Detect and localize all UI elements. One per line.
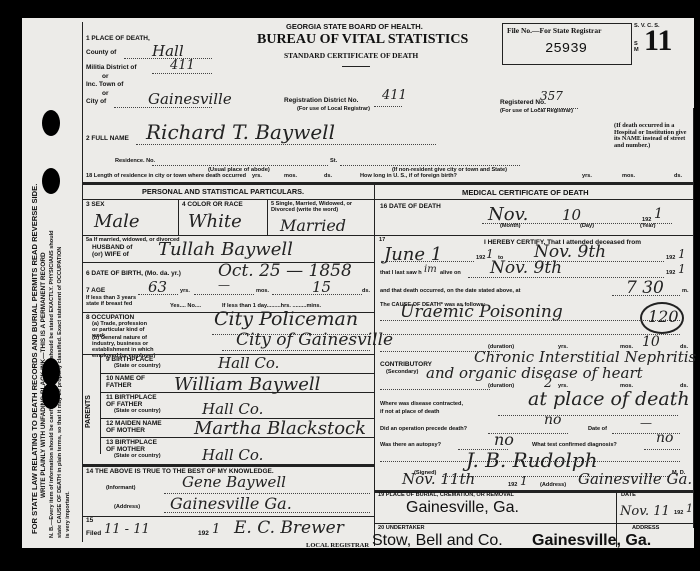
item-17-label: 17 <box>379 238 385 244</box>
autopsy-value: no <box>494 430 514 449</box>
dod-month: Nov. <box>488 204 528 225</box>
dod-day: 10 <box>562 206 581 224</box>
svcs-side: S M <box>634 42 639 54</box>
spouse-value: Tullah Baywell <box>158 239 293 260</box>
dob-label: 6 DATE OF BIRTH, (Mo. da. yr.) <box>86 271 181 278</box>
ds-label: ds. <box>362 289 370 295</box>
militia-label: Militia District of <box>86 65 137 72</box>
county-label: County of <box>86 50 116 57</box>
physician-address-label: (Address) <box>540 483 566 489</box>
divider <box>82 464 374 467</box>
attended-from-line <box>382 261 474 262</box>
informant-address-value: Gainesville Ga. <box>170 494 292 513</box>
reg-district-label: Registration District No. <box>284 98 358 105</box>
local-registrar-label: LOCAL REGISTRAR <box>306 542 369 549</box>
burial-place: Gainesville, Ga. <box>406 499 519 517</box>
date-of-value: — <box>640 416 652 430</box>
mother-label: 12 MAIDEN NAME OF MOTHER <box>106 421 166 435</box>
divider <box>82 199 374 200</box>
mother-value: Martha Blackstock <box>194 418 366 439</box>
divider <box>82 516 374 517</box>
day-label: (Day) <box>580 224 594 230</box>
parents-label: PARENTS <box>85 395 92 428</box>
contracted-value: at place of death <box>528 388 690 410</box>
signed-year-label: 192 <box>508 483 517 489</box>
physician-signature: J. B. Rudolph <box>466 448 597 472</box>
bureau-title: BUREAU OF VITAL STATISTICS <box>257 32 468 48</box>
occupation-b-line <box>222 350 370 351</box>
board-title: GEORGIA STATE BOARD OF HEALTH. <box>286 23 423 31</box>
yrs-label: yrs. <box>252 174 262 180</box>
last-saw-pronoun: im <box>424 264 437 275</box>
m-label: m. <box>682 289 689 295</box>
year-label: (Year) <box>640 224 656 230</box>
informant-address-label: (Address) <box>114 505 140 511</box>
age-years: 63 <box>148 278 167 296</box>
yrs-label: yrs. <box>180 289 190 295</box>
mos-label: mos. <box>622 174 635 180</box>
divider <box>82 235 374 236</box>
divider <box>374 199 694 200</box>
punch-hole <box>42 168 60 194</box>
father-birthplace-sub: (State or country) <box>114 409 161 415</box>
birthplace-sub: (State or country) <box>114 364 161 370</box>
year-prefix: 192 <box>666 256 675 262</box>
birthplace-value: Hall Co. <box>218 354 279 372</box>
item-15-label: 15 <box>86 518 93 525</box>
place-of-death-label: 1 PLACE OF DEATH, <box>86 36 150 43</box>
duration-label: (duration) <box>488 384 514 390</box>
reg-district-note: (For use of Local Registrar) <box>297 107 370 113</box>
divider <box>100 392 374 393</box>
age-months: — <box>218 278 230 292</box>
or-label: or <box>102 91 109 98</box>
date-of-death-label: 16 DATE OF DEATH <box>380 204 441 211</box>
contracted-label-2: if not at place of death <box>380 410 439 416</box>
sidebar-line-5: is very important. <box>65 491 71 538</box>
dob-value: Oct. 25 — 1858 <box>218 261 352 281</box>
registered-no-label: Registered No. <box>500 100 546 107</box>
ds-label: ds. <box>674 174 682 180</box>
death-certificate: FOR STATE LAW RELATING TO DEATH RECORDS … <box>22 18 694 548</box>
cause-of-death: Uraemic Poisoning <box>400 302 563 322</box>
city-label: City of <box>86 99 106 106</box>
militia-line <box>152 73 212 74</box>
informant-value: Gene Baywell <box>182 473 286 491</box>
year-prefix: 192 <box>476 256 485 262</box>
length-residence-label: 18 Length of residence in city or town w… <box>86 174 246 180</box>
autopsy-label: Was there an autopsy? <box>380 443 441 449</box>
age-days: 15 <box>312 278 331 296</box>
militia-value: 411 <box>170 58 195 73</box>
punch-hole <box>42 358 60 386</box>
burial-year: 1 <box>686 502 693 515</box>
cause-line-1 <box>380 320 680 321</box>
color-value: White <box>188 211 242 232</box>
divider <box>82 182 694 185</box>
last-saw-label: that I last saw h <box>380 271 422 277</box>
year-prefix: 192 <box>666 271 675 277</box>
divider <box>342 66 370 67</box>
full-name-label: 2 FULL NAME <box>86 136 129 143</box>
contrib-duration-line <box>380 389 490 390</box>
yrs-label: yrs. <box>582 174 592 180</box>
undertaker-label: 20 UNDERTAKER <box>378 526 425 532</box>
divider <box>267 199 268 235</box>
filed-year: 1 <box>212 522 220 537</box>
undertaker-address-label: ADDRESS <box>632 526 659 532</box>
sex-value: Male <box>94 211 140 232</box>
reg-district-line <box>374 106 402 107</box>
test-line <box>644 449 680 450</box>
marital-value: Married <box>280 216 346 235</box>
medical-section-title: MEDICAL CERTIFICATE OF DEATH <box>462 189 589 197</box>
contributory-label: CONTRIBUTORY <box>380 362 432 369</box>
informant-label: (Informant) <box>106 486 136 492</box>
mother-birthplace-sub: (State or country) <box>114 454 161 460</box>
registrar-signature: E. C. Brewer <box>234 518 344 538</box>
year-digit: 1 <box>678 247 686 261</box>
death-time-label: and that death occurred, on the date sta… <box>380 289 521 295</box>
personal-section-title: PERSONAL AND STATISTICAL PARTICULARS. <box>142 188 304 196</box>
burial-place-label: 19 PLACE OF BURIAL, CREMATION, OR REMOVA… <box>378 493 514 499</box>
full-name-value: Richard T. Baywell <box>146 120 335 144</box>
yes-no-label: Yes.... No.... <box>170 304 201 310</box>
street-label: St. <box>330 159 337 165</box>
year-digit: 1 <box>678 262 686 276</box>
punch-hole <box>42 383 60 409</box>
breast-fed-label: If less than 3 years state if breast fed <box>86 296 146 308</box>
secondary-label: (Secondary) <box>386 370 418 376</box>
test-value: no <box>656 430 673 446</box>
circled-code-value: 120 <box>648 307 679 326</box>
inc-town-label: Inc. Town of <box>86 82 123 89</box>
parents-divider <box>100 354 101 454</box>
form-title: STANDARD CERTIFICATE OF DEATH <box>284 51 418 60</box>
cause-line-2 <box>380 334 680 335</box>
wife-label: (or) WIFE of <box>92 252 129 259</box>
date-of-label: Date of <box>588 427 607 433</box>
reg-district-value: 411 <box>382 88 407 103</box>
registered-no-note: (For use of Local Registrar) <box>500 109 573 115</box>
alive-on-label: alive on <box>440 271 461 277</box>
occupation-trade: City Policeman <box>214 308 358 330</box>
registered-no-value: 357 <box>540 89 563 103</box>
mos-label: mos. <box>284 174 297 180</box>
operation-label: Did an operation precede death? <box>380 427 467 433</box>
marital-label: 5 Single, Married, Widowed, or Divorced … <box>271 202 373 214</box>
signed-year: 1 <box>520 474 528 488</box>
circled-code: 120 <box>640 302 684 334</box>
death-time-line <box>612 295 680 296</box>
city-value: Gainesville <box>148 90 232 108</box>
burial-year-label: 192 <box>674 511 683 517</box>
filed-label: Filed <box>86 531 101 538</box>
mos-label: mos. <box>256 289 269 295</box>
father-birthplace-label: 11 BIRTHPLACE OF FATHER <box>106 395 166 409</box>
undertaker: Stow, Bell and Co. <box>372 532 503 550</box>
undertaker-address: Gainesville, Ga. <box>532 532 651 550</box>
occupation-employer: City of Gainesville <box>236 330 393 350</box>
age-mos-line <box>194 294 254 295</box>
divider <box>100 437 374 438</box>
divider <box>178 199 179 235</box>
residence-line <box>152 165 328 166</box>
full-name-line <box>136 144 436 145</box>
burial-date: Nov. 11 <box>620 504 670 519</box>
dod-year: 1 <box>654 206 663 222</box>
burial-date-label: DATE <box>621 493 636 499</box>
divider <box>374 235 694 236</box>
frame-right <box>693 108 694 528</box>
hospital-note: (If death occurred in a Hospital or Inst… <box>614 123 694 149</box>
file-number: 25939 <box>545 41 587 57</box>
informant-address-line <box>164 512 370 513</box>
age-label: 7 AGE <box>86 288 105 295</box>
or-label: or <box>102 74 109 81</box>
filed-year-label: 192 <box>198 531 209 538</box>
contracted-label: Where was disease contracted, <box>380 402 463 408</box>
residence-label: Residence. No. <box>115 159 155 165</box>
street-line <box>340 165 520 166</box>
color-label: 4 COLOR OR RACE <box>182 202 243 209</box>
foreign-birth-label: How long in U. S., if of foreign birth? <box>360 174 457 180</box>
file-box-label: File No.—For State Registrar <box>507 26 601 35</box>
operation-value: no <box>544 412 561 428</box>
physician-address: Gainesville Ga. <box>578 470 692 488</box>
signed-date: Nov. 11th <box>402 470 475 488</box>
ds-label: ds. <box>324 174 332 180</box>
month-label: (Month) <box>500 224 521 230</box>
punch-hole <box>42 110 60 136</box>
mother-birthplace-label: 13 BIRTHPLACE OF MOTHER <box>106 440 166 454</box>
father-label: 10 NAME OF FATHER <box>106 376 156 390</box>
file-number-box: File No.—For State Registrar 25939 <box>502 23 632 65</box>
filed-date: 11 - 11 <box>104 522 150 537</box>
sex-label: 3 SEX <box>86 202 104 209</box>
last-saw-date: Nov. 9th <box>490 258 562 278</box>
divider <box>374 523 694 524</box>
mother-birthplace-value: Hall Co. <box>202 446 263 464</box>
sidebar-line-1: FOR STATE LAW RELATING TO DEATH RECORDS … <box>30 184 39 534</box>
svcs-number: 11 <box>644 24 672 58</box>
father-birthplace-value: Hall Co. <box>202 400 263 418</box>
contributory-cause-2: and organic disease of heart <box>426 364 643 382</box>
